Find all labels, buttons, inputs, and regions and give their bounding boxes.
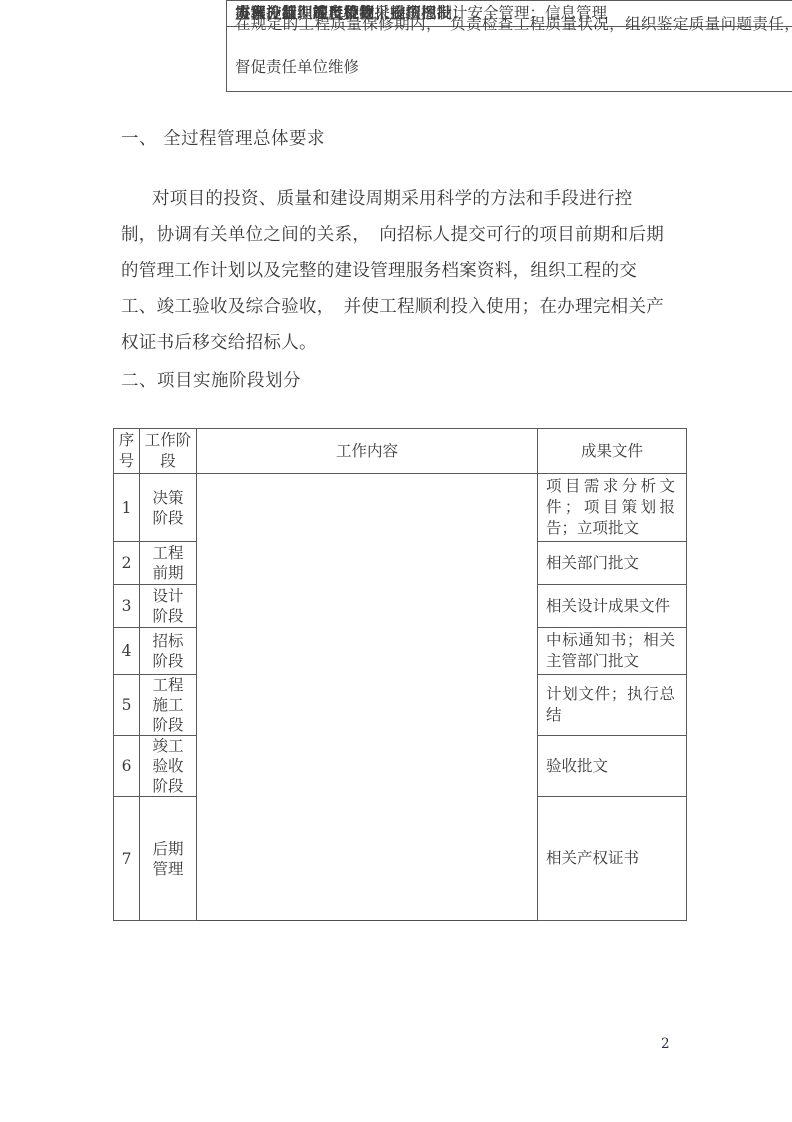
header-no: 序号 [114, 429, 140, 474]
cell-no: 1 [114, 474, 140, 542]
cell-result: 相关产权证书 [538, 797, 687, 921]
cell-result: 计划文件；执行总结 [538, 675, 687, 736]
document-content: 一、 全过程管理总体要求 对项目的投资、质量和建设周期采用科学的方法和手段进行控… [113, 0, 686, 921]
project-stages-table: 序号 工作阶段 工作内容 成果文件 1 决策阶段 需求分析；项目策划；立项报批 … [113, 428, 687, 921]
cell-stage: 竣工验收阶段 [140, 736, 197, 797]
table-header-row: 序号 工作阶段 工作内容 成果文件 [114, 429, 687, 474]
cell-content: 在规定的工程质量保修期内， 负责检查工程质量状况，组织鉴定质量问题责任， 督促责… [226, 0, 792, 92]
table-row: 5 工程施工阶段 质量控制；进度控制；投资控制；安全管理；信息管理 计划文件；执… [114, 675, 687, 736]
table-row: 3 设计阶段 方案设计；初步设计；施工图设计 相关设计成果文件 [114, 585, 687, 628]
section-1-heading: 一、 全过程管理总体要求 [121, 128, 686, 150]
cell-stage: 招标阶段 [140, 628, 197, 675]
table-row: 2 工程前期 办理施工期的各种报批手续 相关部门批文 [114, 542, 687, 585]
header-stage: 工作阶段 [140, 429, 197, 474]
document-page: 一、 全过程管理总体要求 对项目的投资、质量和建设周期采用科学的方法和手段进行控… [0, 0, 792, 1122]
cell-no: 2 [114, 542, 140, 585]
cell-no: 4 [114, 628, 140, 675]
cell-stage: 后期管理 [140, 797, 197, 921]
page-number: 2 [661, 1036, 670, 1052]
cell-result: 验收批文 [538, 736, 687, 797]
cell-no: 3 [114, 585, 140, 628]
table-row: 7 后期管理 在规定的工程质量保修期内， 负责检查工程质量状况，组织鉴定质量问题… [114, 797, 687, 921]
cell-no: 5 [114, 675, 140, 736]
paragraph-line: 工、竣工验收及综合验收， 并使工程顺利投入使用；在办理完相关产 [121, 289, 686, 325]
cell-stage: 决策阶段 [140, 474, 197, 542]
paragraph-line: 权证书后移交给招标人。 [121, 325, 686, 361]
overview-paragraph: 对项目的投资、质量和建设周期采用科学的方法和手段进行控 制，协调有关单位之间的关… [121, 181, 686, 361]
table-row: 6 竣工验收阶段 协调、组织竣工验收 验收批文 [114, 736, 687, 797]
paragraph-line: 对项目的投资、质量和建设周期采用科学的方法和手段进行控 [121, 181, 686, 217]
cell-no: 6 [114, 736, 140, 797]
table-row: 1 决策阶段 需求分析；项目策划；立项报批 项目需求分析文件；项目策划报告；立项… [114, 474, 687, 542]
header-result: 成果文件 [538, 429, 687, 474]
cell-result: 项目需求分析文件；项目策划报告；立项批文 [538, 474, 687, 542]
cell-stage: 设计阶段 [140, 585, 197, 628]
section-2-heading: 二、项目实施阶段划分 [121, 370, 686, 392]
header-content: 工作内容 [197, 429, 538, 474]
cell-result: 相关设计成果文件 [538, 585, 687, 628]
table-row: 4 招标阶段 工程、监理等及货物采购招标 中标通知书；相关主管部门批文 [114, 628, 687, 675]
paragraph-line: 制，协调有关单位之间的关系， 向招标人提交可行的项目前期和后期 [121, 217, 686, 253]
cell-no: 7 [114, 797, 140, 921]
cell-stage: 工程施工阶段 [140, 675, 197, 736]
cell-result: 中标通知书；相关主管部门批文 [538, 628, 687, 675]
paragraph-line: 的管理工作计划以及完整的建设管理服务档案资料，组织工程的交 [121, 253, 686, 289]
cell-stage: 工程前期 [140, 542, 197, 585]
cell-result: 相关部门批文 [538, 542, 687, 585]
